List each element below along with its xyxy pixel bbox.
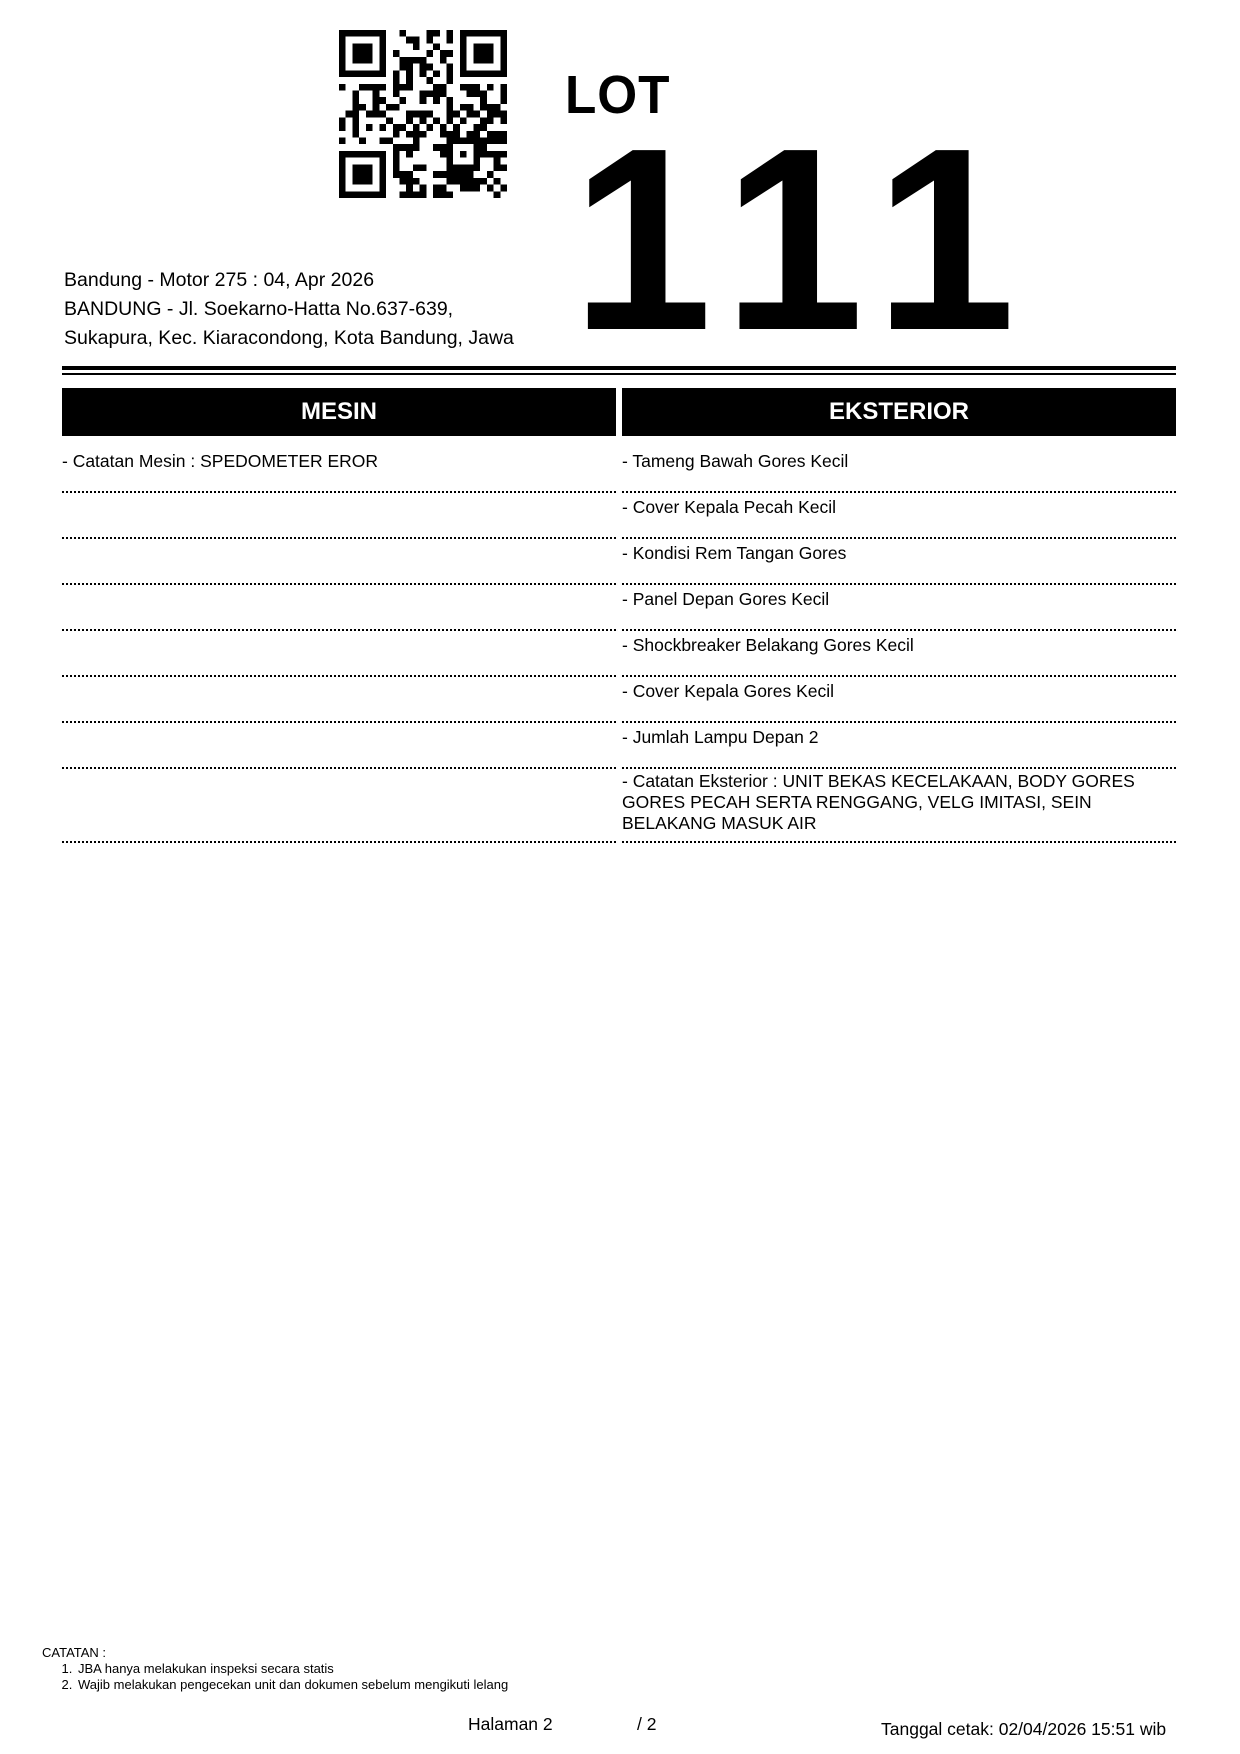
eksterior-row: - Cover Kepala Gores Kecil: [622, 677, 1176, 723]
eksterior-section: EKSTERIOR - Tameng Bawah Gores Kecil - C…: [622, 388, 1176, 843]
mesin-row: [62, 769, 616, 843]
mesin-row: [62, 723, 616, 769]
auction-address-line-2: Sukapura, Kec. Kiaracondong, Kota Bandun…: [64, 324, 514, 353]
mesin-row: [62, 585, 616, 631]
eksterior-row: - Cover Kepala Pecah Kecil: [622, 493, 1176, 539]
eksterior-row: - Shockbreaker Belakang Gores Kecil: [622, 631, 1176, 677]
eksterior-rows: - Tameng Bawah Gores Kecil - Cover Kepal…: [622, 447, 1176, 843]
footer-notes: CATATAN : JBA hanya melakukan inspeksi s…: [42, 1645, 508, 1693]
notes-list: JBA hanya melakukan inspeksi secara stat…: [42, 1661, 508, 1693]
eksterior-row: - Tameng Bawah Gores Kecil: [622, 447, 1176, 493]
print-date: Tanggal cetak: 02/04/2026 15:51 wib: [881, 1719, 1166, 1740]
eksterior-row: - Jumlah Lampu Depan 2: [622, 723, 1176, 769]
eksterior-header: EKSTERIOR: [622, 388, 1176, 436]
auction-event-line: Bandung - Motor 275 : 04, Apr 2026: [64, 266, 514, 295]
mesin-row: [62, 631, 616, 677]
qr-code-icon: [339, 30, 507, 198]
note-item: JBA hanya melakukan inspeksi secara stat…: [76, 1661, 508, 1677]
mesin-row: [62, 493, 616, 539]
lot-number: 111: [572, 110, 1041, 370]
mesin-row: [62, 539, 616, 585]
auction-info: Bandung - Motor 275 : 04, Apr 2026 BANDU…: [64, 266, 514, 353]
page-total: / 2: [637, 1714, 656, 1735]
auction-address-line-1: BANDUNG - Jl. Soekarno-Hatta No.637-639,: [64, 295, 514, 324]
eksterior-row: - Kondisi Rem Tangan Gores: [622, 539, 1176, 585]
mesin-header: MESIN: [62, 388, 616, 436]
header-divider-thin: [62, 373, 1176, 375]
eksterior-row: - Panel Depan Gores Kecil: [622, 585, 1176, 631]
notes-title: CATATAN :: [42, 1645, 508, 1661]
page-number: Halaman 2: [468, 1714, 553, 1735]
mesin-row: [62, 677, 616, 723]
note-item: Wajib melakukan pengecekan unit dan doku…: [76, 1677, 508, 1693]
mesin-section: MESIN - Catatan Mesin : SPEDOMETER EROR: [62, 388, 616, 843]
eksterior-row: - Catatan Eksterior : UNIT BEKAS KECELAK…: [622, 769, 1176, 843]
header-divider-thick: [62, 366, 1176, 370]
mesin-rows: - Catatan Mesin : SPEDOMETER EROR: [62, 447, 616, 843]
mesin-row: - Catatan Mesin : SPEDOMETER EROR: [62, 447, 616, 493]
